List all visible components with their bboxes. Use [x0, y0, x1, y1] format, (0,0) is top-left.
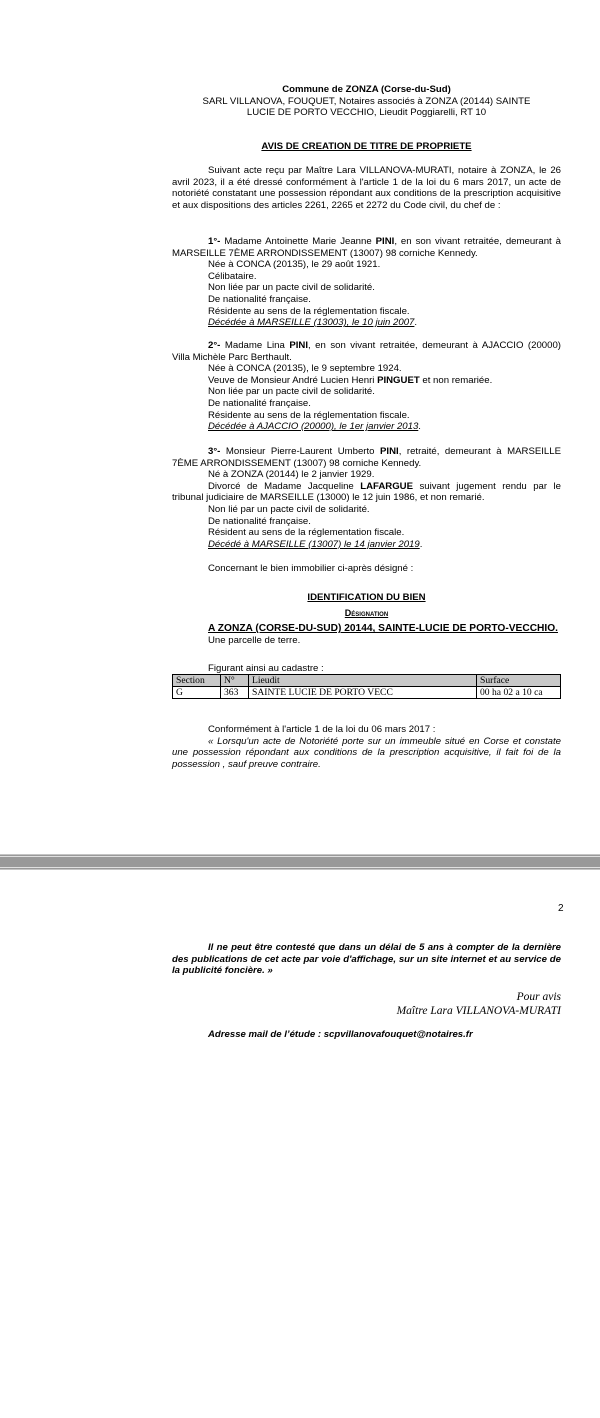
cell-surface: 00 ha 02 a 10 ca: [477, 687, 561, 699]
person-3-surname: PINI: [380, 446, 399, 457]
person-3-deces-text: Décédé à MARSEILLE (13007) le 14 janvier…: [208, 539, 420, 550]
etude-line-1: SARL VILLANOVA, FOUQUET, Notaires associ…: [172, 96, 561, 108]
cell-lieudit: SAINTE LUCIE DE PORTO VECC: [249, 687, 477, 699]
table-row: G 363 SAINTE LUCIE DE PORTO VECC 00 ha 0…: [173, 687, 561, 699]
designation-heading: Désignation: [345, 608, 388, 618]
email-block: Adresse mail de l’étude : scpvillanovafo…: [172, 1029, 561, 1041]
person-1-line: Non liée par un pacte civil de solidarit…: [172, 282, 561, 294]
divorce-surname: LAFARGUE: [360, 481, 413, 492]
intro-text: Suivant acte reçu par Maître Lara VILLAN…: [172, 165, 561, 211]
quote-part-1: « Lorsqu'un acte de Notoriété porte sur …: [172, 736, 561, 771]
property-address: A ZONZA (CORSE-DU-SUD) 20144, SAINTE-LUC…: [172, 623, 561, 635]
designation-heading-wrap: Désignation: [172, 608, 561, 620]
cadastre-label-block: Figurant ainsi au cadastre :: [172, 663, 561, 675]
avis-title-block: AVIS DE CREATION DE TITRE DE PROPRIETE: [172, 141, 561, 153]
divorce-pre: Divorcé de Madame Jacqueline: [208, 481, 360, 492]
person-1-intro: 1°- Madame Antoinette Marie Jeanne PINI,…: [172, 236, 561, 259]
person-3-number: 3°-: [208, 446, 220, 457]
person-3-intro: 3°- Monsieur Pierre-Laurent Umberto PINI…: [172, 446, 561, 469]
cadastre-label: Figurant ainsi au cadastre :: [172, 663, 561, 675]
cadastre-table: Section N° Lieudit Surface G 363 SAINTE …: [172, 674, 561, 699]
conformement-text: Conformément à l'article 1 de la loi du …: [172, 724, 561, 736]
commune-title: Commune de ZONZA (Corse-du-Sud): [172, 84, 561, 96]
person-3-divorce: Divorcé de Madame Jacqueline LAFARGUE su…: [172, 481, 561, 504]
person-3: 3°- Monsieur Pierre-Laurent Umberto PINI…: [172, 446, 561, 550]
person-3-pre: Monsieur Pierre-Laurent Umberto: [220, 446, 380, 457]
header-surface: Surface: [477, 675, 561, 687]
person-2: 2°- Madame Lina PINI, en son vivant retr…: [172, 340, 561, 433]
person-1-surname: PINI: [376, 236, 395, 247]
person-1-line: Résidente au sens de la réglementation f…: [172, 306, 561, 318]
identification-section: IDENTIFICATION DU BIEN Désignation A ZON…: [172, 592, 561, 646]
person-2-line: Non liée par un pacte civil de solidarit…: [172, 386, 561, 398]
cell-numero: 363: [221, 687, 249, 699]
person-2-pre: Madame Lina: [220, 340, 289, 351]
person-2-line: Résidente au sens de la réglementation f…: [172, 410, 561, 422]
email-line: Adresse mail de l’étude : scpvillanovafo…: [172, 1029, 561, 1041]
identification-title: IDENTIFICATION DU BIEN: [172, 592, 561, 604]
person-2-deces-text: Décédée à AJACCIO (20000), le 1er janvie…: [208, 421, 418, 432]
page-separator: [0, 854, 600, 870]
veuve-pre: Veuve de Monsieur André Lucien Henri: [208, 375, 377, 386]
concernant-block: Concernant le bien immobilier ci-après d…: [172, 563, 561, 575]
property-description: Une parcelle de terre.: [172, 635, 561, 647]
person-2-line: De nationalité française.: [172, 398, 561, 410]
header-lieudit: Lieudit: [249, 675, 477, 687]
concernant-text: Concernant le bien immobilier ci-après d…: [172, 563, 561, 575]
page-number: 2: [558, 903, 564, 915]
person-1-line: Célibataire.: [172, 271, 561, 283]
person-2-number: 2°-: [208, 340, 220, 351]
intro-paragraph: Suivant acte reçu par Maître Lara VILLAN…: [172, 165, 561, 211]
person-2-birth: Née à CONCA (20135), le 9 septembre 1924…: [172, 363, 561, 375]
cell-section: G: [173, 687, 221, 699]
person-3-line: De nationalité française.: [172, 516, 561, 528]
cadastre-header-row: Section N° Lieudit Surface: [173, 675, 561, 687]
person-2-deces: Décédée à AJACCIO (20000), le 1er janvie…: [172, 421, 561, 433]
person-1-deces-text: Décédée à MARSEILLE (13003), le 10 juin …: [208, 317, 414, 328]
quote-part-2: Il ne peut être contesté que dans un dél…: [172, 942, 561, 977]
person-1-pre: Madame Antoinette Marie Jeanne: [220, 236, 375, 247]
document-header: Commune de ZONZA (Corse-du-Sud) SARL VIL…: [172, 84, 561, 119]
delai-block: Il ne peut être contesté que dans un dél…: [172, 942, 561, 977]
signature-pour-avis: Pour avis: [172, 990, 561, 1004]
person-1-deces: Décédée à MARSEILLE (13003), le 10 juin …: [172, 317, 561, 329]
signature-block: Pour avis Maître Lara VILLANOVA-MURATI: [172, 990, 561, 1018]
person-2-intro: 2°- Madame Lina PINI, en son vivant retr…: [172, 340, 561, 363]
veuve-surname: PINGUET: [377, 375, 420, 386]
person-3-birth: Né à ZONZA (20144) le 2 janvier 1929.: [172, 469, 561, 481]
conformement-block: Conformément à l'article 1 de la loi du …: [172, 724, 561, 770]
etude-line-2: LUCIE DE PORTO VECCHIO, Lieudit Poggiare…: [172, 107, 561, 119]
header-numero: N°: [221, 675, 249, 687]
person-2-surname: PINI: [289, 340, 308, 351]
person-3-line: Résident au sens de la réglementation fi…: [172, 527, 561, 539]
veuve-post: et non remariée.: [420, 375, 493, 386]
person-3-deces: Décédé à MARSEILLE (13007) le 14 janvier…: [172, 539, 561, 551]
person-1-line: De nationalité française.: [172, 294, 561, 306]
person-1-number: 1°-: [208, 236, 220, 247]
person-2-veuve: Veuve de Monsieur André Lucien Henri PIN…: [172, 375, 561, 387]
header-section: Section: [173, 675, 221, 687]
person-1: 1°- Madame Antoinette Marie Jeanne PINI,…: [172, 236, 561, 329]
page-title: AVIS DE CREATION DE TITRE DE PROPRIETE: [172, 141, 561, 153]
person-3-line: Non lié par un pacte civil de solidarité…: [172, 504, 561, 516]
signature-name: Maître Lara VILLANOVA-MURATI: [172, 1004, 561, 1018]
person-1-line: Née à CONCA (20135), le 29 août 1921.: [172, 259, 561, 271]
